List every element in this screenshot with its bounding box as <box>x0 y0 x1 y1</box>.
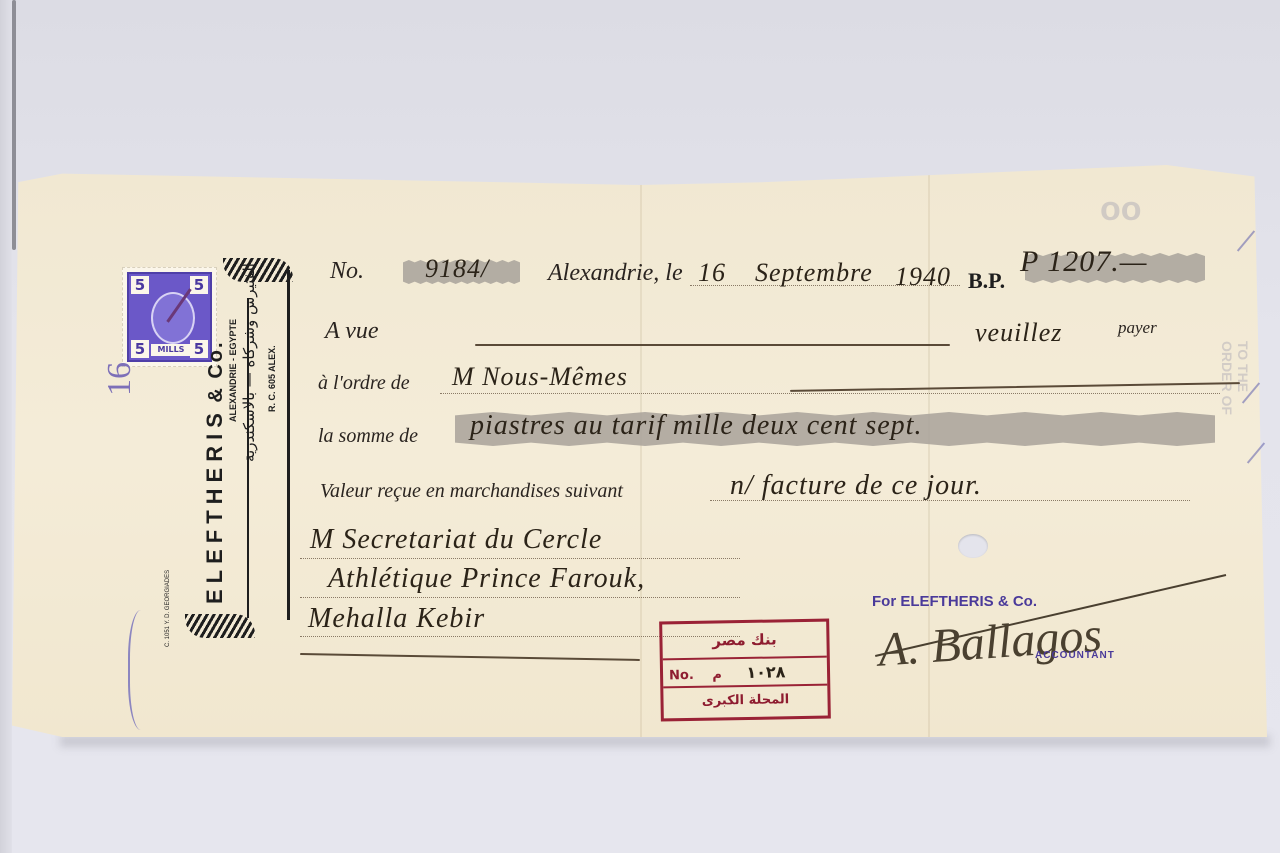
payee-name[interactable]: M Nous-Mêmes <box>452 362 628 392</box>
bill-number[interactable]: 9184/ <box>425 254 489 284</box>
for-company-stamp: For ELEFTHERIS & Co. <box>872 593 1037 610</box>
amount-figures[interactable]: P 1207.— <box>1020 245 1147 279</box>
date-month[interactable]: Septembre <box>755 258 873 288</box>
date-day[interactable]: 16 <box>698 258 726 288</box>
stamp-divider <box>663 684 827 689</box>
drawee-line-1[interactable]: M Secretariat du Cercle <box>310 524 602 556</box>
date-year[interactable]: 1940 <box>895 262 951 292</box>
bleed-through-marks: TO THE ORDER OF <box>1219 341 1251 431</box>
payer-label: payer <box>1118 318 1157 338</box>
amount-in-words[interactable]: piastres au tarif mille deux cent sept. <box>470 410 922 442</box>
fold-line <box>640 165 642 737</box>
company-location: ALEXANDRIE - EGYPTE <box>228 319 238 422</box>
punch-hole <box>958 534 988 558</box>
number-label: No. <box>330 258 364 285</box>
drawee-line-2[interactable]: Athlétique Prince Farouk, <box>328 563 645 595</box>
bank-reference-number: ١٠٢٨ <box>746 662 785 682</box>
ornament-icon <box>223 258 293 282</box>
invoice-reference[interactable]: n/ facture de ce jour. <box>730 470 982 502</box>
pencil-scribble <box>128 610 160 730</box>
filler-stroke <box>475 344 950 346</box>
drawee-line-3[interactable]: Mehalla Kebir <box>308 603 485 635</box>
stamp-denomination: 5 <box>131 276 149 294</box>
stamp-denomination: 5 <box>131 340 149 358</box>
bank-number-row: No. ١٠٢٨ م <box>663 661 833 683</box>
sight-label[interactable]: A vue <box>325 318 379 345</box>
bank-name: بنك مصر <box>662 630 826 651</box>
background-sheet-shadow <box>12 0 16 250</box>
drawee-line <box>300 597 740 598</box>
order-line <box>440 393 1220 394</box>
bank-branch: المحلة الكبرى <box>663 692 827 710</box>
stamp-divider <box>663 656 827 661</box>
order-label: à l'ordre de <box>318 372 410 395</box>
letterhead-border <box>287 270 290 620</box>
place-label: Alexandrie, le <box>548 260 683 287</box>
pencil-annotation: 16 <box>101 362 139 396</box>
bp-label: B.P. <box>968 268 1005 294</box>
value-received-label: Valeur reçue en marchandises suivant <box>320 480 623 503</box>
sum-label: la somme de <box>318 425 418 448</box>
bank-stamp: بنك مصر No. ١٠٢٨ م المحلة الكبرى <box>659 619 831 722</box>
accountant-title: ACCOUNTANT <box>1035 650 1115 661</box>
printer-imprint: C. 1051 Y. D. GEORGIADES <box>165 570 171 647</box>
company-name: ELEFTHERIS & Co. <box>202 340 228 604</box>
company-arabic-name: الفتيرس وشركاه — بالاسكندرية <box>240 263 258 462</box>
registration-number: R. C. 605 ALEX. <box>267 345 277 412</box>
background-sheet-edge <box>0 0 12 853</box>
ornament-icon <box>185 614 255 638</box>
bleed-through-marks: oo <box>1100 190 1142 229</box>
drawee-line <box>300 558 740 559</box>
veuillez-text: veuillez <box>975 318 1062 348</box>
